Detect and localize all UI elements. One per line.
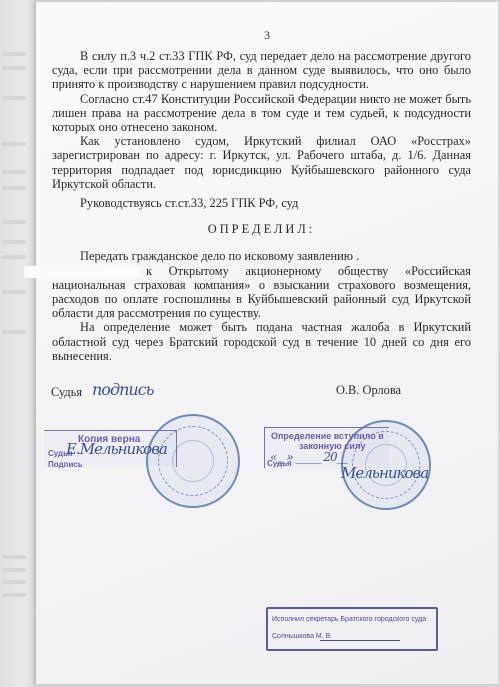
document-body: В силу п.3 ч.2 ст.33 ГПК РФ, суд передае… <box>52 49 471 363</box>
ruling-heading: ОПРЕДЕЛИЛ: <box>52 222 471 236</box>
coat-of-arms-icon <box>172 440 214 482</box>
ruling-paragraph: Передать гражданское дело по исковому за… <box>52 249 471 320</box>
page-number: 3 <box>36 28 498 43</box>
bleed-through-line <box>2 255 26 259</box>
bleed-through-line <box>2 66 26 70</box>
bleed-through-line <box>2 568 26 572</box>
document-page: 3 В силу п.3 ч.2 ст.33 ГПК РФ, суд перед… <box>36 2 498 684</box>
effective-stamp-date: «__» _____ 20__ <box>270 450 347 464</box>
adjacent-page-edge <box>0 0 36 687</box>
copy-stamp-signature-label: Подпись <box>48 460 83 469</box>
appeal-paragraph: На определение может быть подана частная… <box>52 320 471 363</box>
bleed-through-line <box>2 290 26 294</box>
bleed-through-line <box>2 170 26 174</box>
judge-label: Судья <box>51 385 82 400</box>
bleed-through-line <box>2 220 26 224</box>
paragraph: Как установлено судом, Иркутский филиал … <box>52 134 471 191</box>
effective-stamp-handwriting: Мельникова <box>341 464 428 482</box>
bleed-through-line <box>2 142 26 146</box>
signature-line <box>320 640 400 641</box>
ruling-line: Передать гражданское дело по исковому за… <box>80 249 359 263</box>
paragraph: Руководствуясь ст.ст.33, 225 ГПК РФ, суд <box>52 196 471 210</box>
bleed-through-line <box>2 555 26 559</box>
bleed-through-line <box>2 52 26 56</box>
bleed-through-line <box>2 330 26 334</box>
effective-stamp-line1: Определение вступило в <box>271 431 384 441</box>
secretary-stamp-line1: Исполнил секретарь Братского городского … <box>272 616 426 623</box>
bleed-through-line <box>2 580 26 584</box>
paragraph: Согласно ст.47 Конституции Российской Фе… <box>52 92 471 135</box>
bleed-through-line <box>2 186 26 190</box>
secretary-stamp: Исполнил секретарь Братского городского … <box>266 607 438 651</box>
paragraph: В силу п.3 ч.2 ст.33 ГПК РФ, суд передае… <box>52 49 471 92</box>
judge-signature: подпись <box>92 380 153 399</box>
redacted-name <box>24 266 140 278</box>
copy-stamp-handwriting: Е.Мельникова <box>66 440 167 458</box>
judge-name: О.В. Орлова <box>336 383 401 398</box>
bleed-through-line <box>2 593 26 597</box>
bleed-through-line <box>2 240 26 244</box>
bleed-through-line <box>2 96 26 100</box>
secretary-stamp-line2: Солнышкова М. В. <box>272 633 332 640</box>
